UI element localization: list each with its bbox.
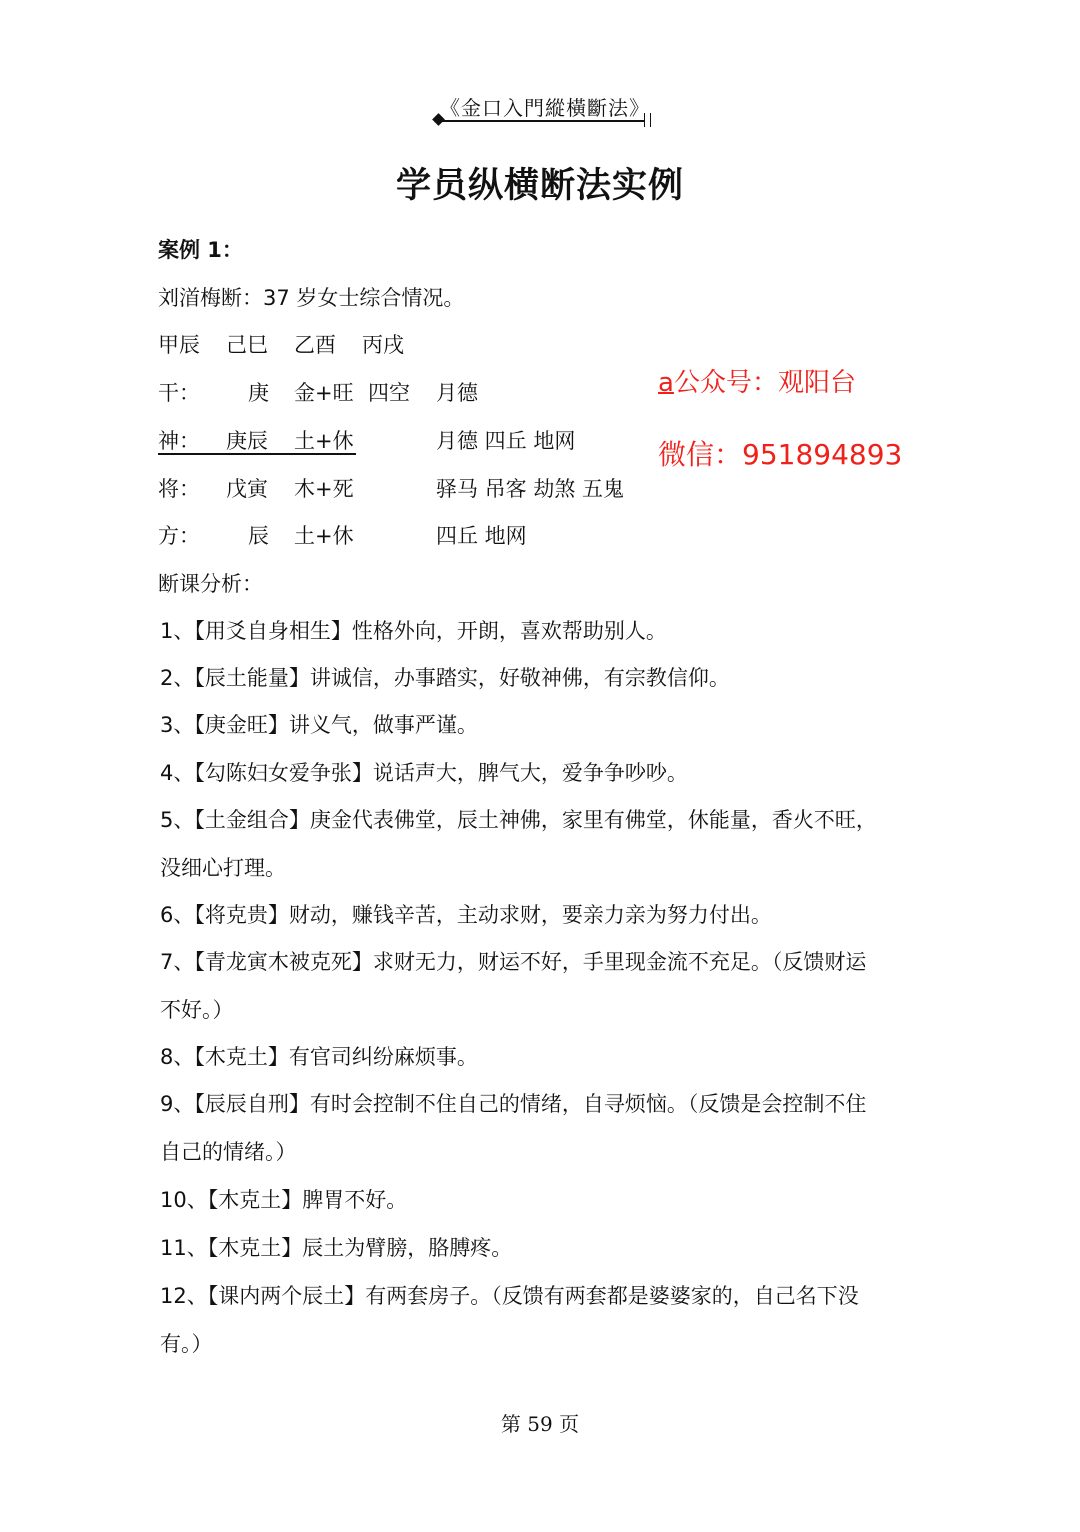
analysis-item: 1、【用爻自身相生】性格外向，开朗，喜欢帮助别人。: [160, 615, 667, 645]
double-bar-ornament-icon: [644, 113, 651, 127]
row-tags: 月德: [436, 377, 478, 407]
analysis-item: 7、【青龙寅木被克死】求财无力，财运不好，手里现金流不充足。（反馈财运: [160, 946, 866, 976]
analysis-item-cont: 没细心打理。: [160, 852, 286, 882]
row-element: 金+旺: [294, 377, 354, 407]
row-element: 土+休: [294, 425, 354, 455]
analysis-heading: 断课分析：: [158, 568, 263, 598]
pillar-day: 乙酉: [294, 329, 336, 359]
row-branch: 庚: [248, 377, 269, 407]
row-branch: 戊寅: [226, 473, 268, 503]
analysis-item: 11、【木克土】辰土为臂膀，胳膊疼。: [160, 1232, 512, 1262]
analysis-item: 6、【将克贵】财动，赚钱辛苦，主动求财，要亲力亲为努力付出。: [160, 899, 772, 929]
row-tags: 月德 四丘 地网: [436, 425, 575, 455]
shen-row-underline: [158, 453, 356, 455]
analysis-item: 4、【勾陈妇女爱争张】说话声大，脾气大，爱争争吵吵。: [160, 757, 688, 787]
book-header: 《金口入門縱橫斷法》: [430, 92, 655, 132]
case-title: 案例 1：: [158, 234, 243, 264]
row-element: 土+休: [294, 520, 354, 550]
row-label: 神：: [158, 425, 200, 455]
row-element: 木+死: [294, 473, 354, 503]
analysis-item: 10、【木克土】脾胃不好。: [160, 1184, 407, 1214]
row-tags: 四丘 地网: [436, 520, 527, 550]
analysis-item-cont: 自己的情绪。）: [160, 1136, 297, 1166]
watermark-account: a公众号：观阳台: [658, 362, 856, 399]
watermark-wechat: 微信：951894893: [658, 433, 902, 473]
analysis-item: 3、【庚金旺】讲义气，做事严谨。: [160, 709, 478, 739]
analysis-item: 2、【辰土能量】讲诚信，办事踏实，好敬神佛，有宗教信仰。: [160, 662, 730, 692]
pillar-month: 己巳: [226, 329, 268, 359]
book-title: 《金口入門縱橫斷法》: [440, 92, 650, 121]
header-rule: [440, 120, 645, 122]
pillar-hour: 丙戌: [362, 329, 404, 359]
row-tags: 驿马 吊客 劫煞 五鬼: [436, 473, 624, 503]
analysis-item: 5、【土金组合】庚金代表佛堂，辰土神佛，家里有佛堂，休能量，香火不旺，: [160, 804, 877, 834]
analysis-item: 8、【木克土】有官司纠纷麻烦事。: [160, 1041, 478, 1071]
row-label: 方：: [158, 520, 200, 550]
row-label: 干：: [158, 377, 200, 407]
row-branch: 辰: [248, 520, 269, 550]
row-label: 将：: [158, 473, 200, 503]
analysis-item: 9、【辰辰自刑】有时会控制不住自己的情绪，自寻烦恼。（反馈是会控制不住: [160, 1088, 866, 1118]
page-number: 第 59 页: [0, 1408, 1080, 1437]
watermark-prefix: a: [658, 368, 674, 398]
watermark-account-text: 公众号：观阳台: [674, 368, 856, 398]
case-intro: 刘渞梅断：37 岁女士综合情况。: [158, 282, 464, 312]
row-extra: 四空: [368, 377, 410, 407]
pillar-year: 甲辰: [158, 329, 200, 359]
page-title: 学员纵横断法实例: [0, 158, 1080, 208]
analysis-item: 12、【课内两个辰土】有两套房子。（反馈有两套都是婆婆家的，自己名下没: [160, 1280, 859, 1310]
row-branch: 庚辰: [226, 425, 268, 455]
analysis-item-cont: 不好。）: [160, 994, 234, 1024]
analysis-item-cont: 有。）: [160, 1328, 213, 1358]
